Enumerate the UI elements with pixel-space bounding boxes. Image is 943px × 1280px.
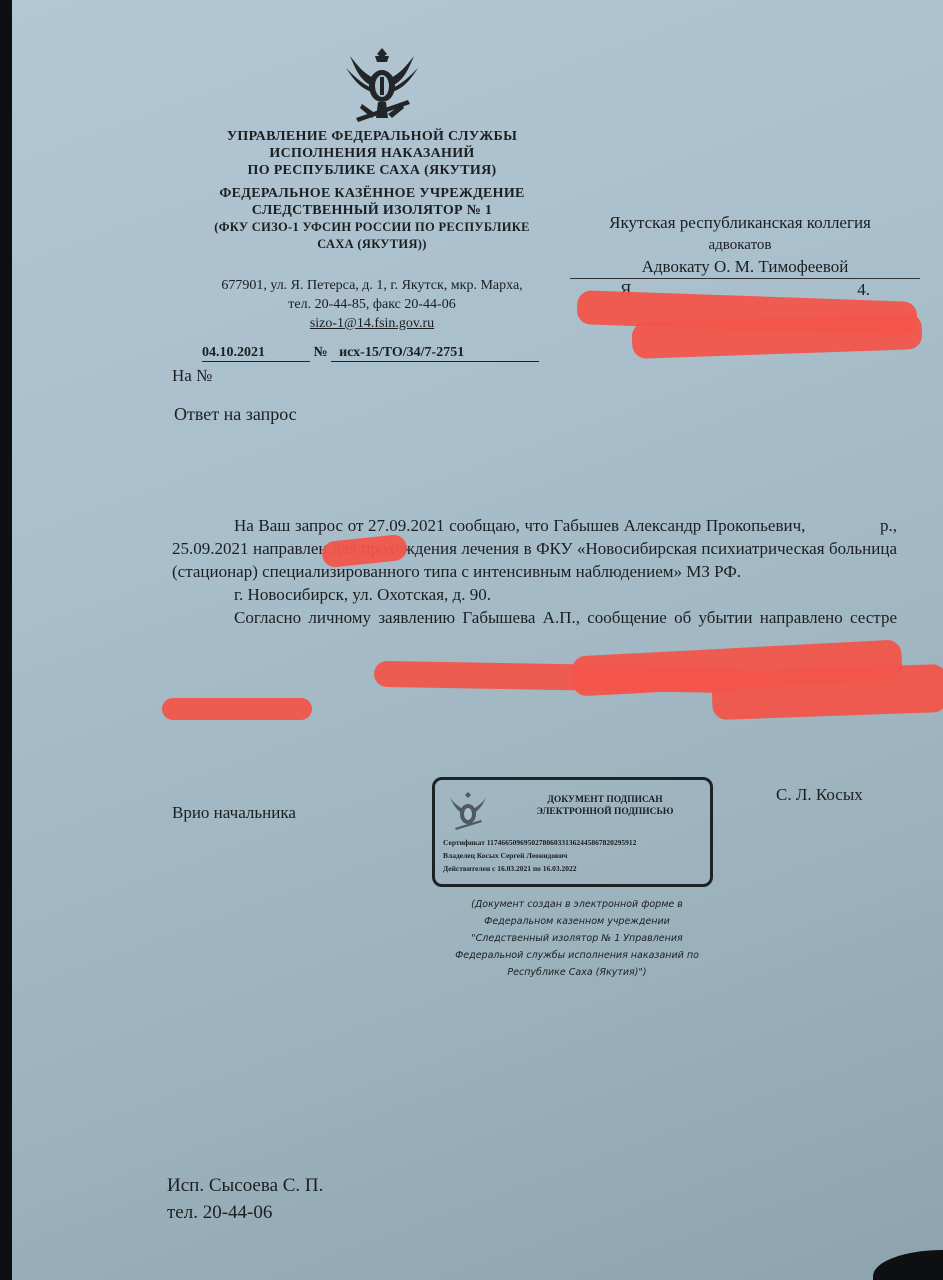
executor-phone: тел. 20-44-06 [167,1199,323,1226]
executor-block: Исп. Сысоева С. П. тел. 20-44-06 [167,1172,323,1226]
recipient-block: Якутская республиканская коллегия адвока… [580,212,900,301]
signatory-name: С. Л. Косых [776,785,863,805]
fsin-emblem-icon [342,44,422,126]
e-signature-caption: (Документ создан в электронной форме в Ф… [432,896,722,981]
executor-name: Исп. Сысоева С. П. [167,1172,323,1199]
stamp-title-line: электронной подписью [505,806,705,818]
registration-line: 04.10.2021 № исх-15/ТО/34/7-2751 [202,345,539,362]
certificate-owner: Владелец Косых Сергей Леонидович [443,849,636,862]
outgoing-date: 04.10.2021 [202,345,310,362]
caption-line: Республике Саха (Якутия)") [432,964,722,981]
authority-line: УПРАВЛЕНИЕ ФЕДЕРАЛЬНОЙ СЛУЖБЫ [172,128,572,145]
paragraph-text: 25.09.2021 направлен для прохождения леч… [172,539,897,581]
recipient-org: Якутская республиканская коллегия [580,212,900,234]
photo-edge-shadow [873,1250,943,1280]
number-sign: № [314,345,328,360]
fsin-emblem-small-icon [447,790,489,834]
certificate-validity: Действителен с 16.03.2021 по 16.03.2022 [443,862,636,875]
letter-subject: Ответ на запрос [174,404,297,425]
paragraph-text: На Ваш запрос от 27.09.2021 сообщаю, что… [234,516,805,535]
e-signature-stamp: Документ подписан электронной подписью С… [432,777,713,887]
address-line: 677901, ул. Я. Петерса, д. 1, г. Якутск,… [172,276,572,295]
institution-line: (ФКУ СИЗО-1 УФСИН РОССИИ ПО РЕСПУБЛИКЕ [172,219,572,236]
outgoing-number: исх-15/ТО/34/7-2751 [331,345,539,362]
recipient-org: адвокатов [580,234,900,256]
stamp-title-line: Документ подписан [505,794,705,806]
signatory-position: Врио начальника [172,803,296,823]
paragraph-text: Согласно личному заявлению Габышева А.П.… [234,608,897,627]
stamp-details: Сертификат 11746650969502780603313624458… [443,836,636,875]
paragraph: г. Новосибирск, ул. Охотская, д. 90. [172,583,897,606]
letter-body: На Ваш запрос от 27.09.2021 сообщаю, что… [172,514,897,652]
paragraph: На Ваш запрос от 27.09.2021 сообщаю, что… [172,514,897,583]
institution-line: ФЕДЕРАЛЬНОЕ КАЗЁННОЕ УЧРЕЖДЕНИЕ [172,185,572,202]
institution-line: САХА (ЯКУТИЯ)) [172,236,572,253]
phone-fax-line: тел. 20-44-85, факс 20-44-06 [172,295,572,314]
sender-address: 677901, ул. Я. Петерса, д. 1, г. Якутск,… [172,276,572,333]
certificate-number: Сертификат 11746650969502780603313624458… [443,836,636,849]
institution-line: СЛЕДСТВЕННЫЙ ИЗОЛЯТОР № 1 [172,202,572,219]
caption-line: Федеральной службы исполнения наказаний … [432,947,722,964]
authority-line: ИСПОЛНЕНИЯ НАКАЗАНИЙ [172,145,572,162]
redaction-mark [711,664,943,720]
address-fragment: 4. [857,279,870,301]
caption-line: Федеральном казенном учреждении [432,913,722,930]
stamp-title: Документ подписан электронной подписью [505,794,705,818]
recipient-addressee: Адвокату О. М. Тимофеевой [570,256,920,279]
caption-line: "Следственный изолятор № 1 Управления [432,930,722,947]
authority-line: ПО РЕСПУБЛИКЕ САХА (ЯКУТИЯ) [172,162,572,179]
paragraph-text: р., [880,516,897,535]
redaction-mark [162,698,312,720]
caption-line: (Документ создан в электронной форме в [432,896,722,913]
document-page: УПРАВЛЕНИЕ ФЕДЕРАЛЬНОЙ СЛУЖБЫ ИСПОЛНЕНИЯ… [12,0,943,1280]
email-link[interactable]: sizo-1@14.fsin.gov.ru [172,314,572,333]
reply-to-number: На № [172,366,212,386]
organization-header: УПРАВЛЕНИЕ ФЕДЕРАЛЬНОЙ СЛУЖБЫ ИСПОЛНЕНИЯ… [172,128,572,253]
